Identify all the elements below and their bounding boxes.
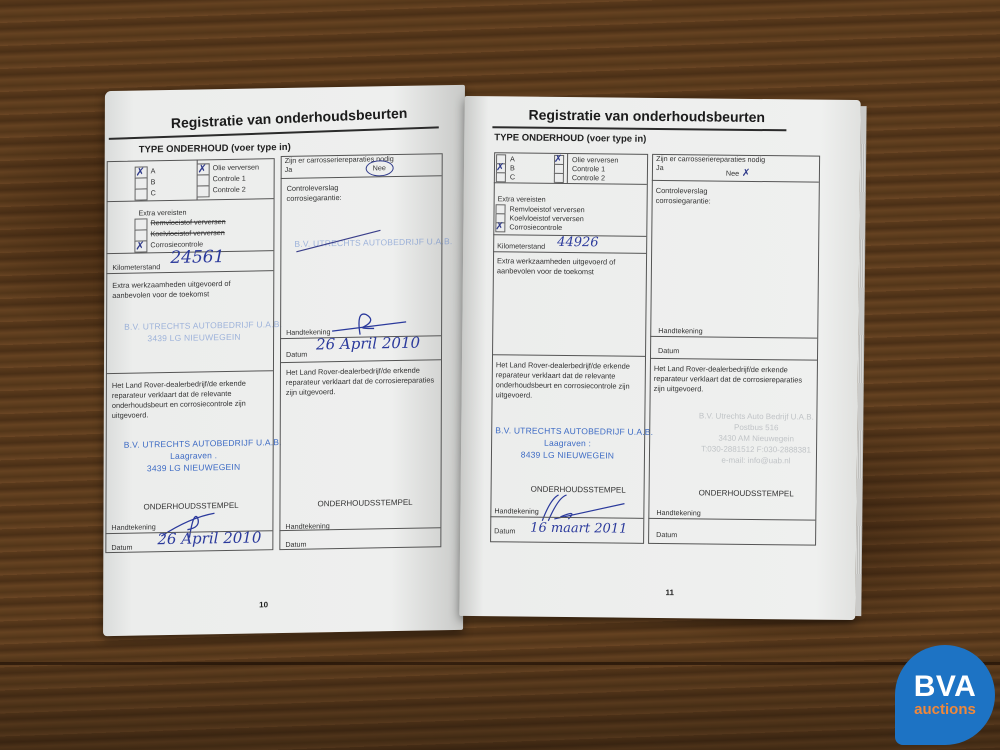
bodywork-yes[interactable]: Ja xyxy=(656,163,664,172)
ghost-line: e-mail: info@uab.nl xyxy=(661,454,851,467)
mileage-value[interactable]: 24561 xyxy=(170,247,224,268)
right-page: Registratie van onderhoudsbeurten TYPE O… xyxy=(459,96,860,620)
task-oil-label: Olie verversen xyxy=(572,155,618,164)
task-check-1-label: Controle 1 xyxy=(213,174,246,184)
date-label: Datum xyxy=(494,526,515,535)
bodywork-no[interactable]: Nee xyxy=(726,169,739,178)
page-number: 10 xyxy=(259,600,268,609)
mileage-label: Kilometerstand xyxy=(497,241,545,251)
dealer-stamp: B.V. UTRECHTS AUTOBEDRIJF U.A.B. Laagrav… xyxy=(124,436,264,474)
check-mark: ✗ xyxy=(742,169,750,179)
corrosion-date-label: Datum xyxy=(658,346,679,355)
extra-requirements-label: Extra vereisten xyxy=(139,208,187,218)
corrosion-report-label: Controleverslag corrosiegarantie: xyxy=(287,183,367,204)
type-c-label: C xyxy=(510,172,515,181)
type-a-label: A xyxy=(151,166,156,175)
corrosion-label: Corrosiecontrole xyxy=(509,222,562,232)
section-heading: TYPE ONDERHOUD (voer type in) xyxy=(494,132,646,145)
check-mark: ✗ xyxy=(135,241,144,251)
date-value[interactable]: 26 April 2010 xyxy=(157,528,261,548)
task-check-2-label: Controle 2 xyxy=(213,185,246,195)
extra-requirements-label: Extra vereisten xyxy=(498,194,546,204)
checkbox-check-2[interactable] xyxy=(197,185,210,197)
task-check-2-label: Controle 2 xyxy=(572,173,605,182)
strike-line xyxy=(294,226,384,258)
stamp-line: 3439 LG NIEUWEGEIN xyxy=(124,330,264,344)
check-mark: ✗ xyxy=(495,222,503,232)
coolant-label: Koelvloeistof verversen xyxy=(150,228,224,238)
faded-stamp: B.V. UTRECHTS AUTOBEDRIJF U.A.B. 3439 LG… xyxy=(124,318,264,344)
mileage-label: Kilometerstand xyxy=(112,262,160,272)
section-heading: TYPE ONDERHOUD (voer type in) xyxy=(139,142,291,156)
logo-brand: BVA xyxy=(914,672,977,702)
corrosion-stamp-signature-label: Handtekening xyxy=(656,508,700,517)
corrosion-date-label: Datum xyxy=(286,350,307,359)
brake-fluid-label: Remvloeistof verversen xyxy=(150,217,225,227)
corrosion-declaration: Het Land Rover-dealerbedrijf/de erkende … xyxy=(654,364,809,396)
checkbox-check-2[interactable] xyxy=(554,173,564,183)
dealer-stamp: B.V. UTRECHTS AUTOBEDRIJF U.A.B. Laagrav… xyxy=(495,424,640,462)
signature-label: Handtekening xyxy=(494,506,538,515)
bodywork-yes[interactable]: Ja xyxy=(285,165,293,174)
title-rule xyxy=(109,126,439,140)
date-value[interactable]: 16 maart 2011 xyxy=(530,521,627,537)
bva-auctions-logo: BVA auctions xyxy=(895,645,995,745)
type-b-label: B xyxy=(510,163,515,172)
stamp-line: 3439 LG NIEUWEGEIN xyxy=(124,460,264,474)
corrosion-stamp-date-label: Datum xyxy=(285,540,306,549)
page-title: Registratie van onderhoudsbeurten xyxy=(528,107,765,125)
type-c-label: C xyxy=(151,188,156,197)
type-b-label: B xyxy=(151,177,156,186)
corrosion-stamp-label: ONDERHOUDSSTEMPEL xyxy=(699,488,794,498)
checkbox-type-c[interactable] xyxy=(496,172,506,182)
extra-work-label: Extra werkzaamheden uitgevoerd of aanbev… xyxy=(497,256,637,277)
page-title: Registratie van onderhoudsbeurten xyxy=(171,105,408,131)
declaration: Het Land Rover-dealerbedrijf/de erkende … xyxy=(496,360,641,402)
table-shadow xyxy=(0,640,1000,750)
corrosion-signature-label: Handtekening xyxy=(658,326,702,335)
date-label: Datum xyxy=(111,543,132,552)
corrosion-date-value[interactable]: 26 April 2010 xyxy=(316,334,420,354)
task-oil-label: Olie verversen xyxy=(213,162,259,172)
type-a-label: A xyxy=(510,154,515,163)
extra-work-label: Extra werkzaamheden uitgevoerd of aanbev… xyxy=(112,278,262,301)
declaration: Het Land Rover-dealerbedrijf/de erkende … xyxy=(112,378,267,421)
logo-sub: auctions xyxy=(914,702,976,718)
bleed-through-stamp: B.V. Utrechts Auto Bedrijf U.A.B. Postbu… xyxy=(661,410,852,467)
bodywork-question: Zijn er carrosseriereparaties nodig xyxy=(656,154,765,164)
check-mark: ✗ xyxy=(136,167,145,177)
signature-label: Handtekening xyxy=(111,522,155,532)
page-number: 11 xyxy=(665,588,674,597)
check-mark: ✗ xyxy=(198,164,207,174)
stamp-line: 8439 LG NIEUWEGEIN xyxy=(495,448,640,462)
stamp-line: B.V. UTRECHTS AUTOBEDRIJF U.A.B. xyxy=(495,424,640,438)
mileage-value[interactable]: 44926 xyxy=(557,235,599,250)
corrosion-declaration: Het Land Rover-dealerbedrijf/de erkende … xyxy=(286,365,436,398)
task-check-1-label: Controle 1 xyxy=(572,164,605,173)
checkbox-type-c[interactable] xyxy=(135,188,148,200)
corrosion-stamp-label: ONDERHOUDSSTEMPEL xyxy=(317,498,412,509)
corrosion-report-label: Controleverslag corrosiegarantie: xyxy=(656,186,736,207)
left-page: Registratie van onderhoudsbeurten TYPE O… xyxy=(103,85,465,636)
title-rule xyxy=(492,126,786,131)
corrosion-stamp-date-label: Datum xyxy=(656,530,677,539)
